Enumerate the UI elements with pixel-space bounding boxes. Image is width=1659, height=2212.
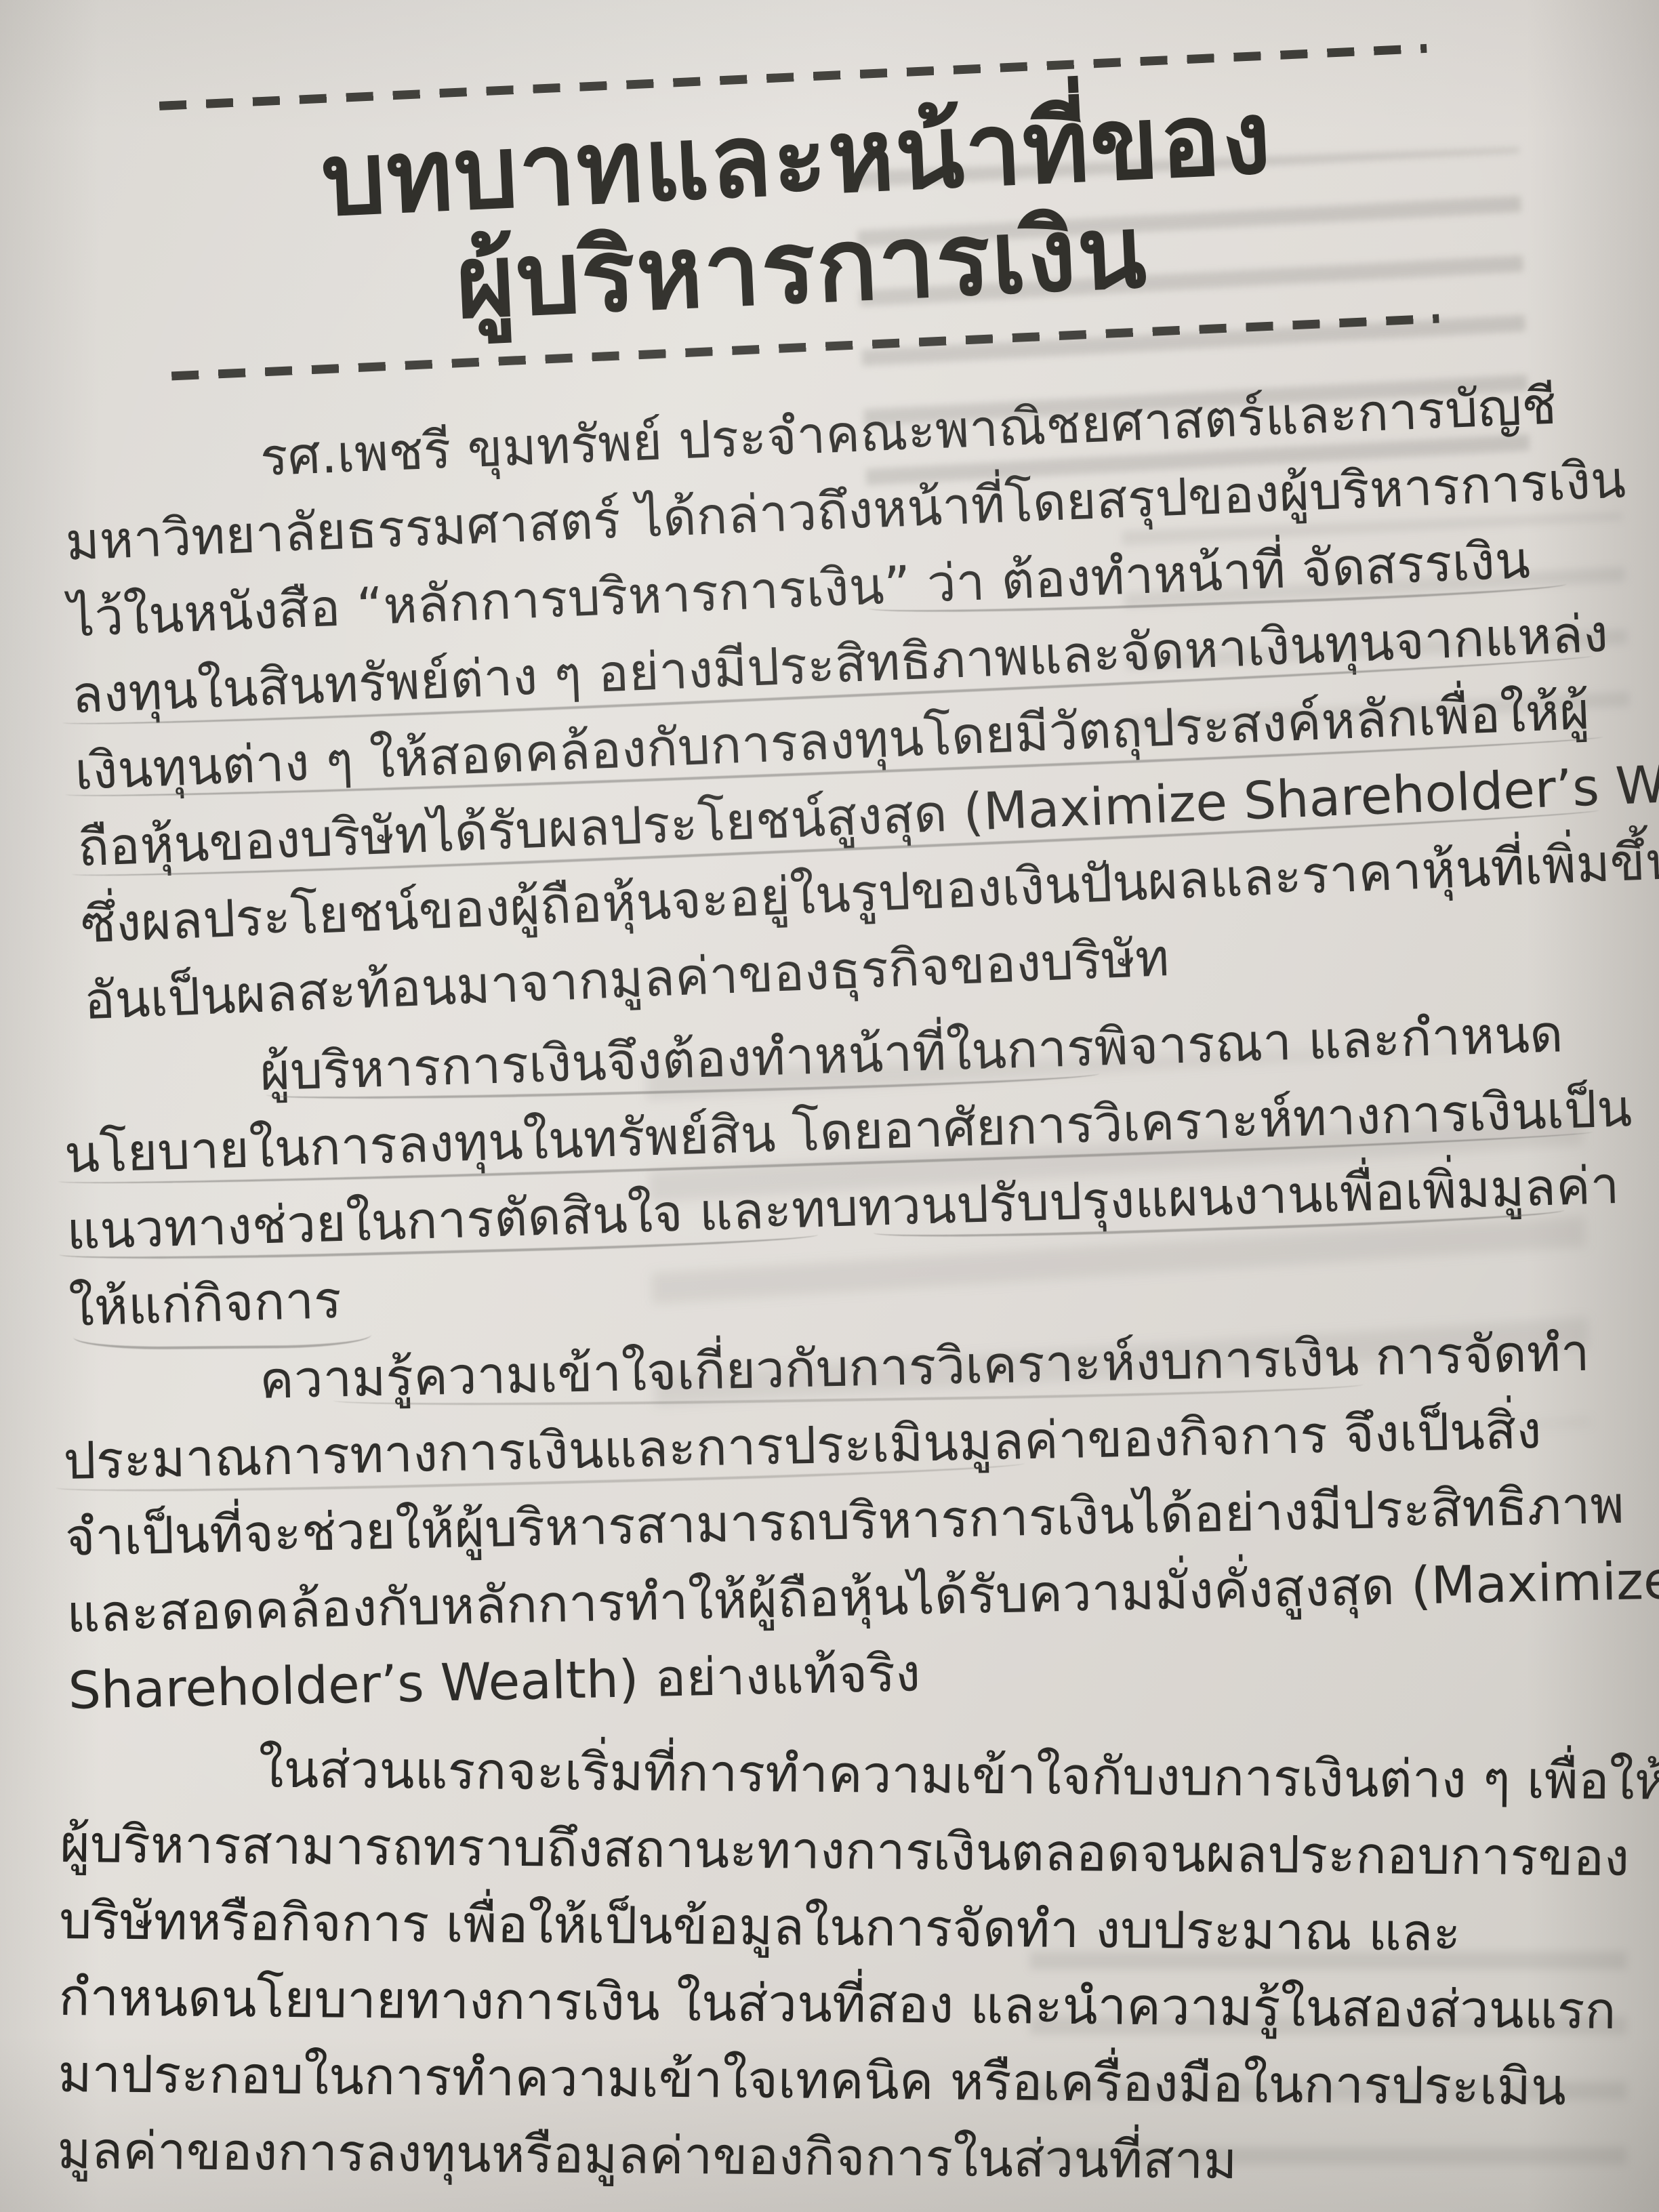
text-line: ในส่วนแรกจะเริ่มที่การทำความเข้าใจกับงบก… xyxy=(60,1729,1599,1819)
paragraph-3: ความรู้ความเข้าใจเกี่ยวกับการวิเคราะห์งบ… xyxy=(61,1313,1607,1728)
text-line: บริษัทหรือกิจการ เพื่อให้เป็นข้อมูลในการ… xyxy=(59,1882,1598,1972)
paragraph-1: รศ.เพชรี ขุมทรัพย์ ประจำคณะพาณิชยศาสตร์แ… xyxy=(61,365,1622,1039)
book-page-photo: บทบาทและหน้าที่ของ ผู้บริหารการเงิน รศ.เ… xyxy=(0,0,1659,2212)
paragraph-4: ในส่วนแรกจะเริ่มที่การทำความเข้าใจกับงบก… xyxy=(57,1729,1599,2202)
paragraph-2: ผู้บริหารการเงินจึงต้องทำหน้าที่ในการพิจ… xyxy=(61,994,1607,1346)
text-line: มูลค่าของการลงทุนหรือมูลค่าของกิจการในส่… xyxy=(57,2112,1596,2202)
text-line: มาประกอบในการทำความเข้าใจเทคนิค หรือเครื… xyxy=(58,2035,1597,2125)
text-line: กำหนดนโยบายทางการเงิน ในส่วนที่สอง และนำ… xyxy=(58,1959,1597,2049)
chapter-heading: บทบาทและหน้าที่ของ ผู้บริหารการเงิน xyxy=(155,0,1439,380)
text-line: ผู้บริหารสามารถทราบถึงสถานะทางการเงินตลอ… xyxy=(60,1805,1599,1896)
